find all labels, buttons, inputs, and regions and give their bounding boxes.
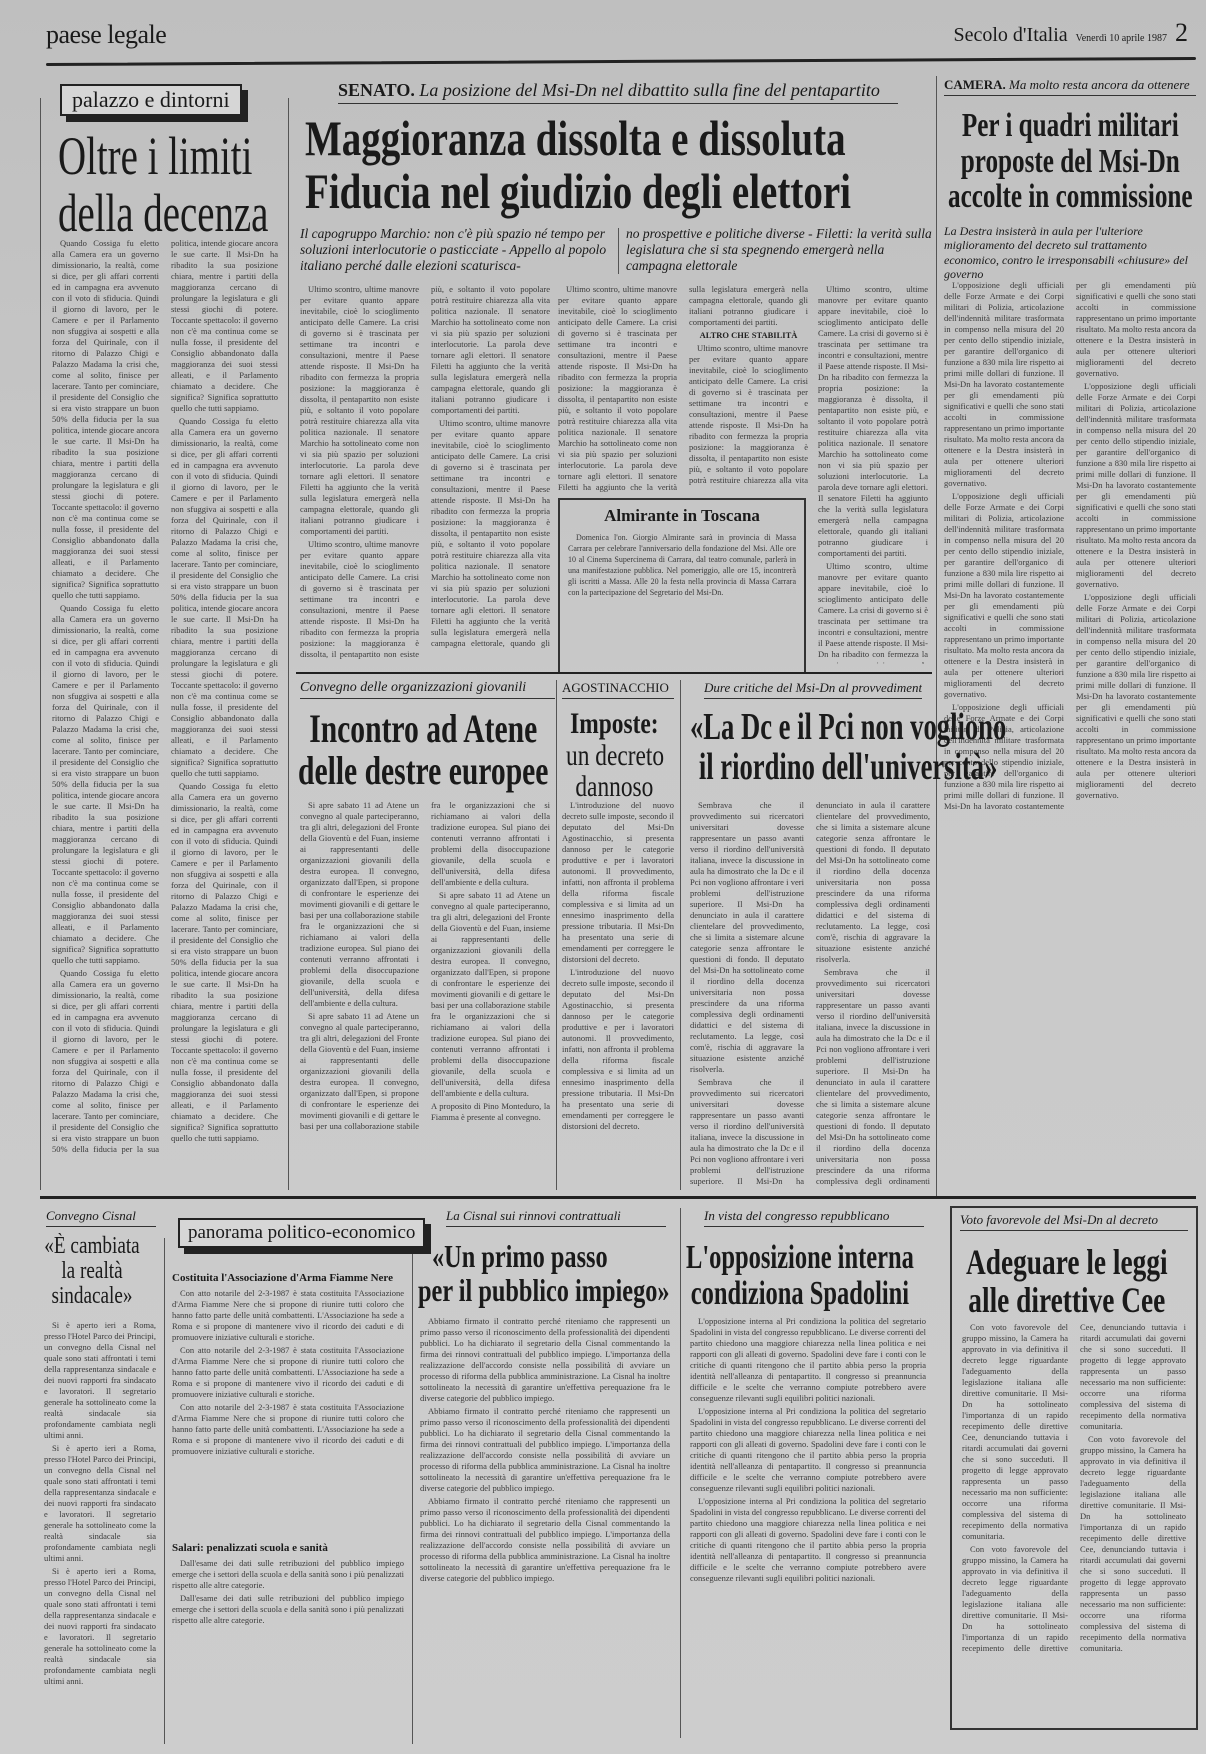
- cisnal-body: Si è aperto ieri a Roma, presso l'Hotel …: [44, 1320, 156, 1740]
- headline-line: Per i quadri militari: [948, 108, 1193, 144]
- headline-line: Oltre i limiti: [58, 128, 268, 185]
- body-text: L'opposizione degli ufficiali delle Forz…: [1076, 592, 1196, 801]
- page-number: 2: [1175, 18, 1188, 48]
- lead-subhead: ALTRO CHE STABILITÀ: [689, 330, 808, 341]
- lead-headline: Maggioranza dissolta e dissoluta Fiducia…: [305, 112, 851, 217]
- rubric-headline: Oltre i limiti della decenza: [58, 128, 268, 241]
- kicker-label: SENATO.: [338, 80, 415, 100]
- rubric-label: palazzo e dintorni: [60, 84, 242, 116]
- column-border-right: [288, 98, 289, 1190]
- youth-kicker: Convegno delle organizzazioni giovanili: [300, 680, 555, 699]
- spadolini-kicker: In vista del congresso repubblicano: [704, 1208, 924, 1227]
- headline-line: L'opposizione interna: [686, 1240, 914, 1276]
- lead-kicker: SENATO. La posizione del Msi-Dn nel diba…: [338, 80, 898, 104]
- headline-line: condiziona Spadolini: [686, 1276, 914, 1312]
- newspaper-page: paese legale Secolo d'Italia Venerdì 10 …: [0, 0, 1206, 1754]
- headline-line: Incontro ad Atene: [298, 708, 548, 750]
- body-text: Quando Cossiga fu eletto alla Camera era…: [52, 238, 159, 601]
- section-name: paese legale: [46, 20, 166, 50]
- youth-note: A proposito di Pino Monteduro, la Fiamma…: [431, 1101, 550, 1123]
- body-text: Con atto notarile del 2-3-1987 è stata c…: [172, 1288, 404, 1343]
- headline-line: «La Dc e il Pci non vogliono: [690, 708, 1006, 748]
- taxes-kicker: AGOSTINACCHIO: [562, 680, 674, 699]
- panorama-rubric: panorama politico-economico: [178, 1218, 425, 1248]
- headline-line: un decreto: [566, 740, 663, 772]
- taxes-headline: Imposte: un decreto dannoso: [566, 708, 663, 803]
- body-text: Ultimo scontro, ultime manovre per evita…: [300, 284, 419, 537]
- panorama-item-title: Salari: penalizzati scuola e sanità: [172, 1542, 404, 1554]
- headline-line: accolte in commissione: [948, 179, 1193, 215]
- panorama-item-title: Costituita l'Associazione d'Arma Fiamme …: [172, 1272, 404, 1284]
- university-kicker: Dure critiche del Msi-Dn al provvediment…: [704, 680, 922, 699]
- almirante-box: Almirante in Toscana Domenica l'on. Gior…: [558, 498, 806, 674]
- headline-line: delle destre europee: [298, 750, 548, 792]
- body-text: Con voto favorevole del gruppo missino, …: [1080, 1434, 1186, 1654]
- body-text: Quando Cossiga fu eletto alla Camera era…: [171, 781, 278, 1144]
- public-kicker: La Cisnal sui rinnovi contrattuali: [446, 1208, 666, 1227]
- body-text: L'opposizione degli ufficiali delle Forz…: [944, 280, 1064, 489]
- cee-body: Con voto favorevole del gruppo missino, …: [962, 1322, 1186, 1718]
- kicker-text: La posizione del Msi-Dn nel dibattito su…: [419, 80, 879, 100]
- masthead: Secolo d'Italia Venerdì 10 aprile 1987 2: [954, 18, 1189, 48]
- lead-body-b: Ultimo scontro, ultime manovre per evita…: [558, 284, 808, 494]
- youth-body: Si apre sabato 11 ad Atene un convegno a…: [300, 800, 550, 1188]
- cisnal-kicker: Convegno Cisnal: [46, 1208, 156, 1227]
- body-text: L'opposizione interna al Pri condiziona …: [690, 1496, 926, 1584]
- headline-line: Imposte:: [566, 708, 663, 740]
- headline-line: alle direttive Cee: [966, 1282, 1168, 1320]
- section-rule: [296, 672, 932, 674]
- camera-headline: Per i quadri militari proposte del Msi-D…: [948, 108, 1193, 215]
- rubric-box: palazzo e dintorni: [60, 84, 242, 116]
- lead-deck-left: Il capogruppo Marchio: non c'è più spazi…: [300, 226, 610, 275]
- body-text: Ultimo scontro, ultime manovre per evita…: [818, 561, 928, 664]
- lead-body-a: Ultimo scontro, ultime manovre per evita…: [300, 284, 550, 664]
- body-text: Con atto notarile del 2-3-1987 è stata c…: [172, 1402, 404, 1457]
- box-body: Domenica l'on. Giorgio Almirante sarà in…: [568, 532, 796, 660]
- university-headline: «La Dc e il Pci non vogliono il riordino…: [690, 708, 1006, 788]
- kicker-text: Ma molto resta ancora da ottenere: [1009, 77, 1190, 92]
- cee-kicker: Voto favorevole del Msi-Dn al decreto: [960, 1212, 1188, 1231]
- body-text: Si apre sabato 11 ad Atene un convegno a…: [300, 800, 419, 1009]
- body-text: Si è aperto ieri a Roma, presso l'Hotel …: [44, 1320, 156, 1441]
- masthead-title: Secolo d'Italia: [954, 24, 1068, 47]
- headline-line: della decenza: [58, 185, 268, 242]
- issue-date: Venerdì 10 aprile 1987: [1076, 33, 1167, 44]
- body-text: Si apre sabato 11 ad Atene un convegno a…: [431, 890, 550, 1099]
- body-text: Con atto notarile del 2-3-1987 è stata c…: [172, 1345, 404, 1400]
- lead-body-c: Ultimo scontro, ultime manovre per evita…: [818, 284, 928, 664]
- camera-kicker: CAMERA. Ma molto resta ancora da ottener…: [944, 77, 1196, 96]
- column-divider: [556, 680, 557, 1190]
- column-divider: [680, 1208, 681, 1738]
- body-text: Dall'esame dei dati sulle retribuzioni d…: [172, 1593, 404, 1626]
- body-text: Abbiamo firmato il contratto perché rite…: [420, 1316, 670, 1404]
- panorama-border-right: [412, 1238, 413, 1744]
- box-title: Almirante in Toscana: [560, 506, 804, 526]
- body-text: Quando Cossiga fu eletto alla Camera era…: [52, 603, 159, 966]
- deck-divider: [618, 228, 619, 274]
- cee-headline: Adeguare le leggi alle direttive Cee: [966, 1244, 1168, 1320]
- body-text: Con voto favorevole del gruppo missino, …: [962, 1322, 1068, 1542]
- headline-line: per il pubblico impiego»: [418, 1274, 622, 1308]
- body-text: Ultimo scontro, ultime manovre per evita…: [818, 284, 928, 559]
- body-text: Si è aperto ieri a Roma, presso l'Hotel …: [44, 1566, 156, 1687]
- cisnal-headline: «È cambiata la realtà sindacale»: [44, 1234, 140, 1310]
- taxes-body: L'introduzione del nuovo decreto sulle i…: [562, 800, 674, 1188]
- column-border-left: [40, 98, 41, 1190]
- rubric-body: Quando Cossiga fu eletto alla Camera era…: [52, 238, 278, 1178]
- headline-line: «È cambiata: [44, 1234, 140, 1259]
- headline-line: Maggioranza dissolta e dissoluta: [305, 112, 851, 165]
- column-divider: [936, 76, 937, 1196]
- column-divider: [680, 680, 681, 1190]
- body-text: Domenica l'on. Giorgio Almirante sarà in…: [568, 532, 796, 598]
- body-text: Quando Cossiga fu eletto alla Camera era…: [171, 416, 278, 779]
- body-text: Sembrava che il provvedimento sui ricerc…: [690, 800, 804, 1075]
- panorama-item-body: Con atto notarile del 2-3-1987 è stata c…: [172, 1288, 404, 1538]
- panorama-border-left: [164, 1238, 165, 1744]
- body-text: L'introduzione del nuovo decreto sulle i…: [562, 967, 674, 1132]
- headline-line: dannoso: [566, 771, 663, 803]
- body-text: L'opposizione degli ufficiali delle Forz…: [1076, 381, 1196, 590]
- headline-line: «Un primo passo: [418, 1240, 622, 1274]
- panorama-items: Costituita l'Associazione d'Arma Fiamme …: [172, 1268, 404, 1708]
- spadolini-body: L'opposizione interna al Pri condiziona …: [690, 1316, 926, 1736]
- body-text: Abbiamo firmato il contratto perché rite…: [420, 1406, 670, 1494]
- body-text: L'opposizione degli ufficiali delle Forz…: [944, 491, 1064, 700]
- headline-line: il riordino dell'università»: [690, 748, 1006, 788]
- panorama-item-body: Dall'esame dei dati sulle retribuzioni d…: [172, 1558, 404, 1708]
- bottom-band-rule: [40, 1196, 1196, 1199]
- camera-deck: La Destra insisterà in aula per l'ulteri…: [944, 224, 1196, 282]
- body-text: Dall'esame dei dati sulle retribuzioni d…: [172, 1558, 404, 1591]
- kicker-label: CAMERA.: [944, 77, 1006, 92]
- header-rule: [46, 57, 1196, 66]
- youth-headline: Incontro ad Atene delle destre europee: [298, 708, 548, 792]
- lead-deck-right: no prospettive e politiche diverse - Fil…: [626, 226, 936, 275]
- headline-line: sindacale»: [44, 1284, 140, 1309]
- university-body: Sembrava che il provvedimento sui ricerc…: [690, 800, 930, 1188]
- spadolini-headline: L'opposizione interna condiziona Spadoli…: [686, 1240, 914, 1311]
- body-text: Abbiamo firmato il contratto perché rite…: [420, 1496, 670, 1584]
- body-text: L'opposizione interna al Pri condiziona …: [690, 1316, 926, 1404]
- public-body: Abbiamo firmato il contratto perché rite…: [420, 1316, 670, 1736]
- headline-line: Adeguare le leggi: [966, 1244, 1168, 1282]
- headline-line: la realtà: [44, 1259, 140, 1284]
- headline-line: Fiducia nel giudizio degli elettori: [305, 165, 851, 218]
- body-text: Si è aperto ieri a Roma, presso l'Hotel …: [44, 1443, 156, 1564]
- body-text: L'opposizione interna al Pri condiziona …: [690, 1406, 926, 1494]
- headline-line: proposte del Msi-Dn: [948, 144, 1193, 180]
- panorama-label: panorama politico-economico: [178, 1218, 425, 1248]
- body-text: L'introduzione del nuovo decreto sulle i…: [562, 800, 674, 965]
- public-headline: «Un primo passo per il pubblico impiego»: [418, 1240, 622, 1307]
